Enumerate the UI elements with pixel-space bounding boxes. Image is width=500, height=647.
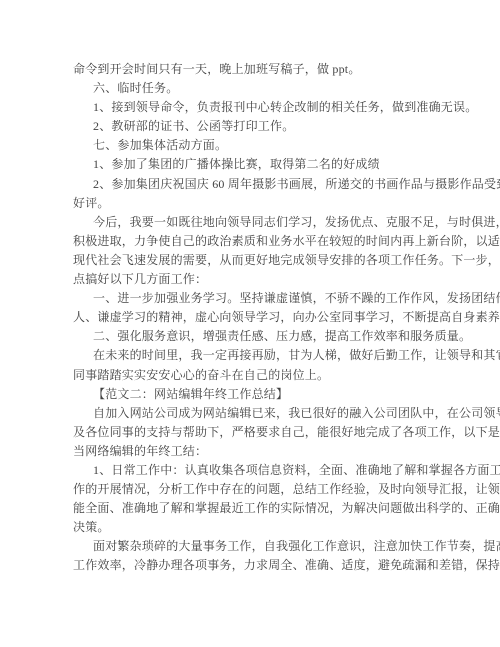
document-page: 命令到开会时间只有一天，晚上加班写稿子，做 ppt。六、临时任务。1、接到领导命…	[0, 0, 500, 647]
text-line: 现代社会飞速发展的需要，从而更好地完成领导安排的各项工作任务。下一步，重	[73, 251, 433, 270]
text-line: 六、临时任务。	[73, 79, 433, 98]
text-line: 1、接到领导命令，负责报刊中心转企改制的相关任务，做到准确无误。	[73, 98, 433, 117]
text-line: 【范文二：网站编辑年终工作总结】	[73, 385, 433, 404]
text-line: 今后，我要一如既往地向领导同志们学习，发扬优点、克服不足，与时俱进，	[73, 213, 433, 232]
text-line: 面对繁杂琐碎的大量事务工作，自我强化工作意识，注意加快工作节奏，提高	[73, 537, 433, 556]
text-line: 2、教研部的证书、公函等打印工作。	[73, 117, 433, 136]
text-line: 点搞好以下几方面工作：	[73, 270, 433, 289]
text-line: 1、参加了集团的广播体操比赛，取得第二名的好成绩	[73, 155, 433, 174]
text-line: 及各位同事的支持与帮助下，严格要求自己，能很好地完成了各项工作，以下是我	[73, 423, 433, 442]
text-block: 命令到开会时间只有一天，晚上加班写稿子，做 ppt。六、临时任务。1、接到领导命…	[73, 60, 433, 576]
text-line: 当网络编辑的年终工结：	[73, 442, 433, 461]
text-line: 一、进一步加强业务学习。坚持谦虚谨慎，不骄不躁的工作作风，发扬团结他	[73, 289, 433, 308]
text-line: 人、谦虚学习的精神，虚心向领导学习，向办公室同事学习，不断提高自身素养。	[73, 308, 433, 327]
text-line: 2、参加集团庆祝国庆 60 周年摄影书画展，所递交的书画作品与摄影作品受到	[73, 175, 433, 194]
text-line: 好评。	[73, 194, 433, 213]
text-line: 作的开展情况，分析工作中存在的问题，总结工作经验，及时向领导汇报，让领导	[73, 480, 433, 499]
text-line: 在未来的时间里，我一定再接再励，甘为人梯，做好后勤工作，让领导和其它	[73, 346, 433, 365]
text-line: 七、参加集体活动方面。	[73, 136, 433, 155]
text-line: 同事踏踏实实安安心心的奋斗在自己的岗位上。	[73, 366, 433, 385]
text-line: 二、强化服务意识，增强责任感、压力感，提高工作效率和服务质量。	[73, 327, 433, 346]
text-line: 积极进取，力争使自己的政治素质和业务水平在较短的时间内再上新台阶，以适应	[73, 232, 433, 251]
text-line: 能全面、准确地了解和掌握最近工作的实际情况，为解决问题做出科学的、正确的	[73, 499, 433, 518]
text-line: 自加入网站公司成为网站编辑已来，我已很好的融入公司团队中，在公司领导	[73, 404, 433, 423]
text-line: 工作效率，冷静办理各项事务，力求周全、准确、适度，避免疏漏和差错，保持了	[73, 556, 433, 575]
text-line: 1、日常工作中：认真收集各项信息资料，全面、准确地了解和掌握各方面工	[73, 461, 433, 480]
text-line: 决策。	[73, 518, 433, 537]
text-line: 命令到开会时间只有一天，晚上加班写稿子，做 ppt。	[73, 60, 433, 79]
